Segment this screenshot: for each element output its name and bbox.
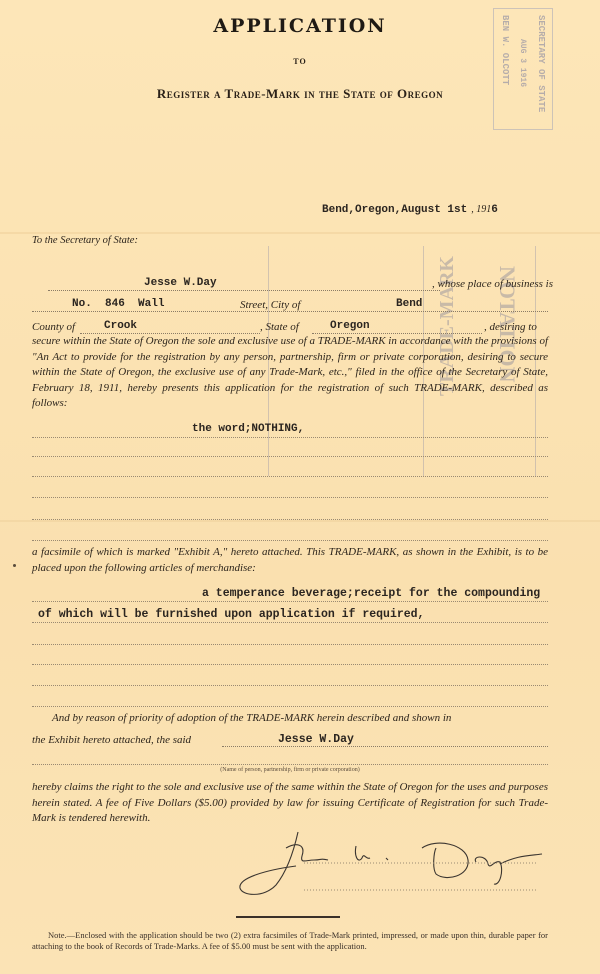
applicant-name: Jesse W.Day [144,277,217,289]
street-label: Street, City of [240,299,300,311]
punch-dot [13,564,16,567]
description-line [32,456,548,457]
date-typed: Bend,Oregon,August 1st [322,204,467,216]
city-value: Bend [396,298,422,310]
claimant-caption: (Name of person, partnership, firm or pr… [32,767,548,773]
after-name-label: , whose place of business is [432,278,553,290]
street-address: No. 846 Wall [72,298,164,310]
claim-paragraph: hereby claims the right to the sole and … [32,780,548,827]
state-label: , State of [260,321,299,333]
merchandise-line [32,664,548,665]
description-line [32,437,548,438]
desiring-label: , desiring to [484,321,537,333]
trademark-description: the word;NOTHING, [192,423,304,435]
address-field-line [32,311,548,312]
salutation: To the Secretary of State: [32,235,138,246]
merchandise-line [32,685,548,686]
description-line [32,476,548,477]
exhibit-paragraph: a facsimile of which is marked "Exhibit … [32,545,548,576]
statute-paragraph: secure within the State of Oregon the so… [32,334,548,412]
description-line [32,540,548,541]
merchandise-line [32,706,548,707]
page-title: APPLICATION [0,15,600,37]
claimant-line-2 [32,764,548,765]
name-field-line [48,290,440,291]
divider-rule [236,916,340,918]
merchandise-line-2: of which will be furnished upon applicat… [38,608,424,621]
state-value: Oregon [330,320,370,332]
signature [236,830,546,900]
document-page: BEN W. OLCOTT AUG 3 1916 SECRETARY OF ST… [0,0,600,974]
merchandise-line-1: a temperance beverage;receipt for the co… [202,587,540,600]
merchandise-line [32,644,548,645]
county-value: Crook [104,320,137,332]
page-subtitle: Register a Trade-Mark in the State of Or… [0,86,600,102]
fold-line [0,232,600,234]
county-label: County of [32,321,75,333]
date-year-suffix: 6 [491,204,498,216]
priority-text-1: And by reason of priority of adoption of… [52,712,451,724]
date-line: Bend,Oregon,August 1st , 1916 [322,199,498,217]
claimant-name: Jesse W.Day [278,733,354,746]
description-line [32,519,548,520]
fold-line [0,520,600,522]
description-line [32,497,548,498]
date-year-prefix: , 191 [471,204,491,215]
claimant-field-line [222,746,548,747]
merchandise-line [32,622,548,623]
merchandise-line [32,601,548,602]
footnote: Note.—Enclosed with the application shou… [32,930,548,952]
priority-text-2: the Exhibit hereto attached, the said [32,734,191,746]
title-connector: TO [0,57,600,66]
